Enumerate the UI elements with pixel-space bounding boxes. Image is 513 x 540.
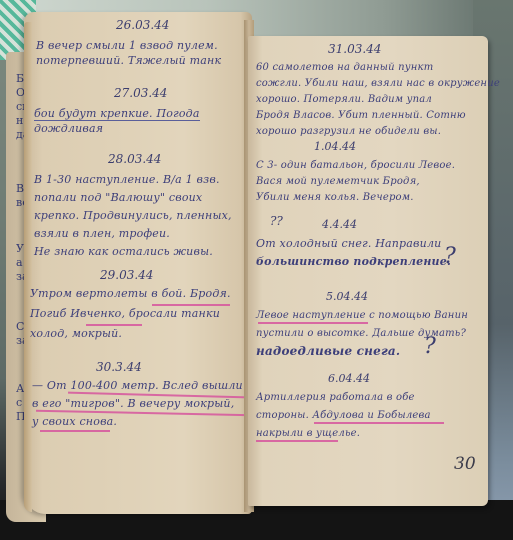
fragment: с — [16, 396, 22, 410]
entry-line: Не знаю как остались живы. — [34, 244, 213, 259]
entry-line: у своих снова. — [32, 414, 117, 429]
entry-date: 4.4.44 — [322, 218, 357, 231]
entry-date: 1.04.44 — [314, 140, 356, 153]
entry-line: бои будут крепкие. Погода — [34, 106, 200, 121]
entry-line: Бродя Власов. Убит пленный. Сотню — [256, 108, 466, 123]
underlined-text: бои будут крепкие. Погода — [34, 107, 200, 121]
entry-date: 30.3.44 — [96, 360, 142, 374]
fragment: а — [16, 256, 23, 270]
entry-line: Погиб Ивченко, бросали танки — [30, 306, 220, 321]
entry-line: С 3- один батальон, бросили Левое. — [256, 158, 455, 173]
question-mark: ? — [424, 334, 436, 359]
entry-line: сожгли. Убили наш, взяли нас в окружение — [256, 76, 500, 91]
entry-date: 27.03.44 — [114, 86, 167, 100]
entry-line: накрыли в ущелье. — [256, 426, 360, 441]
entry-line: холод, мокрый. — [30, 326, 122, 341]
entry-line: дождливая — [34, 121, 103, 136]
entry-date: 28.03.44 — [108, 152, 161, 166]
pink-underline — [314, 422, 444, 424]
question-marks: ?? — [270, 214, 283, 228]
entry-line: Убили меня колья. Вечером. — [256, 190, 414, 205]
page-number: 30 — [454, 454, 476, 474]
question-mark: ? — [444, 244, 456, 269]
entry-line: большинство подкрепление. — [256, 254, 451, 269]
right-page: 31.03.44 60 самолетов на данный пункт со… — [248, 36, 488, 506]
entry-line: Вася мой пулеметчик Бродя, — [256, 174, 420, 189]
entry-date: 29.03.44 — [100, 268, 153, 282]
entry-date: 26.03.44 — [116, 18, 169, 32]
left-page: 26.03.44 В вечер смыли 1 взвод пулем. по… — [24, 12, 252, 514]
entry-line: потерпевший. Тяжелый танк — [36, 53, 221, 68]
entry-line: Артиллерия работала в обе — [256, 390, 415, 405]
entry-line: хорошо. Потеряли. Вадим упал — [256, 92, 432, 107]
entry-date: 6.04.44 — [328, 372, 370, 385]
fragment: У — [16, 242, 24, 256]
entry-line: стороны. Абдулова и Бобылева — [256, 408, 431, 423]
entry-line: в его "тигров". В вечеру мокрый, — [32, 396, 234, 411]
entry-line: надоедливые снега. — [256, 344, 400, 359]
entry-line: 60 самолетов на данный пункт — [256, 60, 433, 75]
pink-underline — [258, 322, 368, 324]
entry-line: От холодный снег. Направили — [256, 236, 441, 251]
pink-underline — [256, 440, 338, 442]
entry-line: В 1-30 наступление. В/а 1 взв. — [34, 172, 220, 187]
entry-line: — От 100-400 метр. Вслед вышли — [32, 378, 243, 393]
entry-line: Утром вертолеты в бой. Бродя. — [30, 286, 231, 301]
entry-line: хорошо разгрузил не обидели вы. — [256, 124, 441, 139]
entry-line: В вечер смыли 1 взвод пулем. — [36, 38, 218, 53]
pink-underline — [40, 430, 110, 432]
fragment: В — [16, 182, 24, 196]
entry-date: 31.03.44 — [328, 42, 381, 56]
entry-line: попали под "Валюшу" своих — [34, 190, 202, 205]
entry-date: 5.04.44 — [326, 290, 368, 303]
entry-line: Левое наступление с помощью Ванин — [256, 308, 468, 323]
entry-line: крепко. Продвинулись, пленных, — [34, 208, 232, 223]
entry-line: взяли в плен, трофеи. — [34, 226, 170, 241]
